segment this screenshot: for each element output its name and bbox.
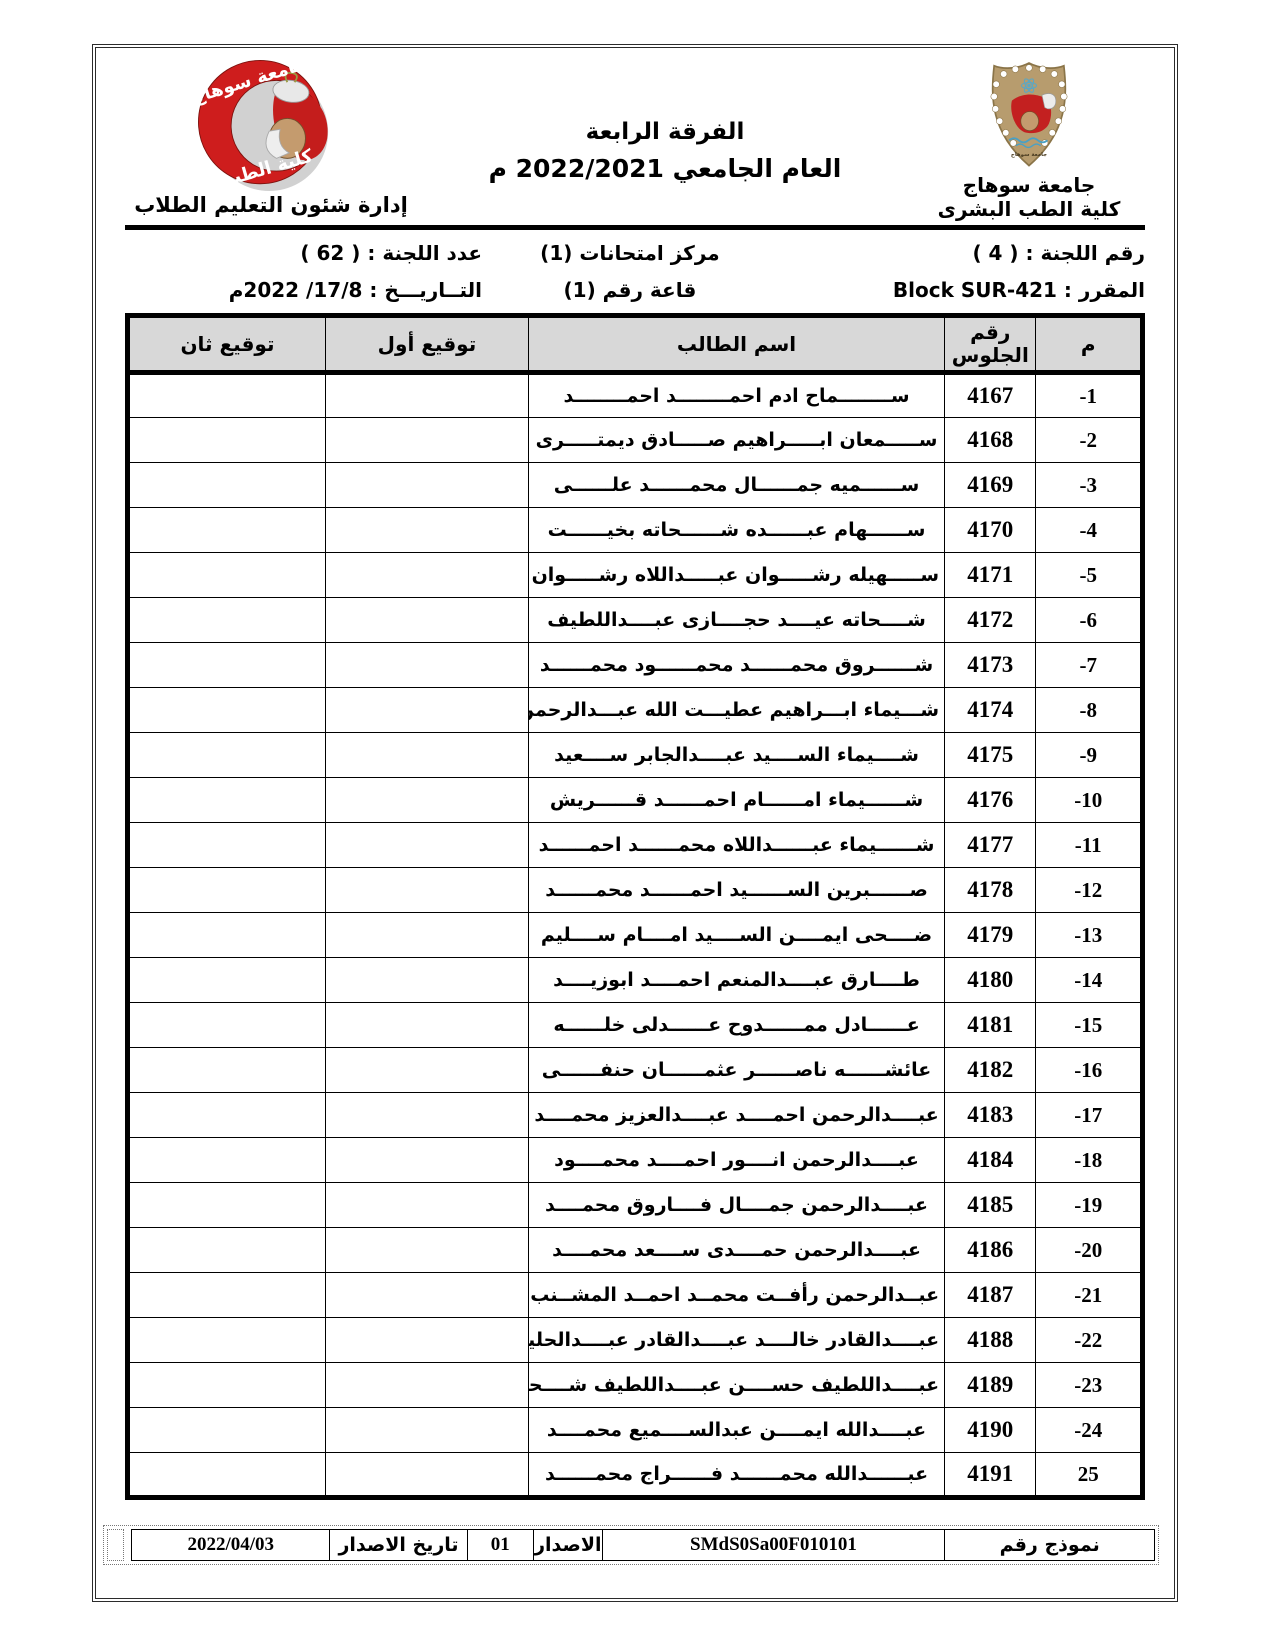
row-serial: -7 — [1036, 643, 1143, 688]
second-signature-cell — [128, 1003, 326, 1048]
first-signature-cell — [325, 913, 528, 958]
row-serial: -3 — [1036, 463, 1143, 508]
page-border-frame: جامعة سوهاج جامعة سوهاج كلية الطب البشرى… — [92, 44, 1178, 1602]
first-signature-cell — [325, 1453, 528, 1498]
first-signature-cell — [325, 643, 528, 688]
row-seat-number: 4172 — [945, 598, 1036, 643]
row-seat-number: 4168 — [945, 418, 1036, 463]
row-serial: 25 — [1036, 1453, 1143, 1498]
table-row: -3 4169 ســــــميه جمــــــال محمــــــد… — [128, 463, 1143, 508]
second-signature-cell — [128, 508, 326, 553]
row-student-name: عــــــادل ممــــــدوح عــــــدلى خلــــ… — [528, 1003, 944, 1048]
table-row: -5 4171 ســـــهيله رشـــــوان عبـــــدال… — [128, 553, 1143, 598]
table-row: -13 4179 ضــــحى ايمــــن الســــيد امــ… — [128, 913, 1143, 958]
row-serial: -2 — [1036, 418, 1143, 463]
row-seat-number: 4180 — [945, 958, 1036, 1003]
table-row: -9 4175 شــــيماء الســــيد عبــــدالجاب… — [128, 733, 1143, 778]
row-student-name: عبــــدالرحمن جمــــال فــــاروق محمــــ… — [528, 1183, 944, 1228]
row-seat-number: 4190 — [945, 1408, 1036, 1453]
version-label: الاصدار — [534, 1530, 603, 1561]
row-seat-number: 4185 — [945, 1183, 1036, 1228]
first-signature-cell — [325, 1183, 528, 1228]
sohag-university-shield-logo: جامعة سوهاج — [972, 61, 1086, 169]
row-serial: -22 — [1036, 1318, 1143, 1363]
table-row: -21 4187 عبــدالرحمن رأفــت محمــد احمــ… — [128, 1273, 1143, 1318]
hall-number: قاعة رقم (1) — [482, 275, 778, 305]
header-serial: م — [1036, 316, 1143, 373]
row-serial: -15 — [1036, 1003, 1143, 1048]
administration-caption: إدارة شئون التعليم الطلاب — [125, 193, 417, 217]
table-row: -18 4184 عبــــدالرحمن انــــور احمــــد… — [128, 1138, 1143, 1183]
row-serial: -12 — [1036, 868, 1143, 913]
second-signature-cell — [128, 868, 326, 913]
row-seat-number: 4177 — [945, 823, 1036, 868]
header-student-name: اسم الطالب — [528, 316, 944, 373]
grade-title: الفرقة الرابعة — [417, 119, 913, 145]
row-seat-number: 4191 — [945, 1453, 1036, 1498]
row-seat-number: 4187 — [945, 1273, 1036, 1318]
course-code: المقرر : Block SUR-421 — [778, 275, 1145, 305]
row-seat-number: 4171 — [945, 553, 1036, 598]
first-signature-cell — [325, 868, 528, 913]
row-serial: -13 — [1036, 913, 1143, 958]
second-signature-cell — [128, 1273, 326, 1318]
second-signature-cell — [128, 418, 326, 463]
version-value: 01 — [467, 1530, 533, 1561]
exam-attendance-sheet: جامعة سوهاج جامعة سوهاج كلية الطب البشرى… — [0, 0, 1275, 1650]
row-student-name: ضــــحى ايمــــن الســــيد امــــام ســـ… — [528, 913, 944, 958]
header-first-signature: توقيع أول — [325, 316, 528, 373]
row-student-name: ســــــهام عبــــــده شــــــحاته بخيـــ… — [528, 508, 944, 553]
first-signature-cell — [325, 508, 528, 553]
first-signature-cell — [325, 373, 528, 418]
pharaoh-figure — [266, 73, 328, 160]
row-seat-number: 4176 — [945, 778, 1036, 823]
header-divider-line — [125, 225, 1145, 230]
table-row: -19 4185 عبــــدالرحمن جمــــال فــــارو… — [128, 1183, 1143, 1228]
table-row: -22 4188 عبــــدالقادر خالــــد عبــــدا… — [128, 1318, 1143, 1363]
shield-inner-text: جامعة سوهاج — [1011, 152, 1047, 158]
row-serial: -20 — [1036, 1228, 1143, 1273]
row-seat-number: 4188 — [945, 1318, 1036, 1363]
row-student-name: صــــــبرين الســــــيد احمــــــد محمــ… — [528, 868, 944, 913]
row-seat-number: 4182 — [945, 1048, 1036, 1093]
second-signature-cell — [128, 553, 326, 598]
row-seat-number: 4183 — [945, 1093, 1036, 1138]
row-student-name: ســــــميه جمــــــال محمــــــد علـــــ… — [528, 463, 944, 508]
row-student-name: ســـــمعان ابـــــراهيم صـــــادق ديمتــ… — [528, 418, 944, 463]
second-signature-cell — [128, 823, 326, 868]
second-signature-cell — [128, 688, 326, 733]
second-signature-cell — [128, 913, 326, 958]
row-serial: -4 — [1036, 508, 1143, 553]
exam-date: التــاريـــخ : 17/8/ 2022م — [125, 275, 482, 305]
second-signature-cell — [128, 598, 326, 643]
footer-empty-box — [107, 1529, 124, 1561]
second-signature-cell — [128, 1453, 326, 1498]
row-student-name: عبــــدالله ايمــــن عبدالســــميع محمــ… — [528, 1408, 944, 1453]
table-row: -2 4168 ســـــمعان ابـــــراهيم صـــــاد… — [128, 418, 1143, 463]
document-header: جامعة سوهاج جامعة سوهاج كلية الطب البشرى… — [125, 55, 1145, 223]
second-signature-cell — [128, 958, 326, 1003]
row-student-name: شــــحاته عيــــد حجــــازى عبــــداللطي… — [528, 598, 944, 643]
table-row: -16 4182 عائشــــــه ناصــــــر عثمـــــ… — [128, 1048, 1143, 1093]
first-signature-cell — [325, 823, 528, 868]
row-student-name: شـــيماء ابـــراهيم عطيـــت الله عبـــدا… — [528, 688, 944, 733]
attendance-table: م رقم الجلوس اسم الطالب توقيع أول توقيع … — [125, 313, 1145, 1500]
row-seat-number: 4175 — [945, 733, 1036, 778]
first-signature-cell — [325, 1408, 528, 1453]
first-signature-cell — [325, 1318, 528, 1363]
row-student-name: عبــــدالقادر خالــــد عبــــدالقادر عبـ… — [528, 1318, 944, 1363]
exam-center: مركز امتحانات (1) — [482, 238, 778, 268]
row-seat-number: 4167 — [945, 373, 1036, 418]
table-row: -24 4190 عبــــدالله ايمــــن عبدالســــ… — [128, 1408, 1143, 1453]
row-serial: -23 — [1036, 1363, 1143, 1408]
row-student-name: عبــــدالرحمن انــــور احمــــد محمــــو… — [528, 1138, 944, 1183]
second-signature-cell — [128, 1138, 326, 1183]
row-serial: -24 — [1036, 1408, 1143, 1453]
second-signature-cell — [128, 463, 326, 508]
first-signature-cell — [325, 1228, 528, 1273]
university-emblem-block: جامعة سوهاج جامعة سوهاج كلية الطب البشرى — [913, 55, 1145, 223]
table-row: -12 4178 صــــــبرين الســــــيد احمــــ… — [128, 868, 1143, 913]
row-serial: -8 — [1036, 688, 1143, 733]
university-name-caption: جامعة سوهاج — [913, 173, 1145, 197]
second-signature-cell — [128, 373, 326, 418]
row-seat-number: 4181 — [945, 1003, 1036, 1048]
row-student-name: عبــــدالرحمن احمــــد عبــــدالعزيز محم… — [528, 1093, 944, 1138]
second-signature-cell — [128, 733, 326, 778]
first-signature-cell — [325, 778, 528, 823]
table-row: -15 4181 عــــــادل ممــــــدوح عــــــد… — [128, 1003, 1143, 1048]
first-signature-cell — [325, 733, 528, 778]
first-signature-cell — [325, 1138, 528, 1183]
table-row: -4 4170 ســــــهام عبــــــده شــــــحات… — [128, 508, 1143, 553]
form-footer: نموذج رقم SMdS0Sa00F010101 الاصدار 01 تا… — [103, 1525, 1159, 1565]
second-signature-cell — [128, 643, 326, 688]
row-seat-number: 4174 — [945, 688, 1036, 733]
row-serial: -19 — [1036, 1183, 1143, 1228]
table-row: -14 4180 طــــارق عبــــدالمنعم احمــــد… — [128, 958, 1143, 1003]
row-seat-number: 4173 — [945, 643, 1036, 688]
table-row: -11 4177 شــــــيماء عبــــــداللاه محمـ… — [128, 823, 1143, 868]
row-serial: -10 — [1036, 778, 1143, 823]
second-signature-cell — [128, 778, 326, 823]
first-signature-cell — [325, 553, 528, 598]
exam-info-block: رقم اللجنة : ( 4 ) مركز امتحانات (1) عدد… — [125, 238, 1145, 305]
row-student-name: عبــدالرحمن رأفــت محمــد احمــد المشــن… — [528, 1273, 944, 1318]
table-row: -7 4173 شــــــروق محمــــــد محمــــــو… — [128, 643, 1143, 688]
row-seat-number: 4189 — [945, 1363, 1036, 1408]
table-row: -17 4183 عبــــدالرحمن احمــــد عبــــدا… — [128, 1093, 1143, 1138]
second-signature-cell — [128, 1318, 326, 1363]
faculty-crescent-block: جامعة سوهاج كلية الطب إدارة شئون التعليم… — [125, 55, 417, 223]
table-row: -8 4174 شـــيماء ابـــراهيم عطيـــت الله… — [128, 688, 1143, 733]
first-signature-cell — [325, 1003, 528, 1048]
row-seat-number: 4186 — [945, 1228, 1036, 1273]
form-code: SMdS0Sa00F010101 — [602, 1530, 945, 1561]
first-signature-cell — [325, 418, 528, 463]
table-row: -6 4172 شــــحاته عيــــد حجــــازى عبــ… — [128, 598, 1143, 643]
page-content: جامعة سوهاج جامعة سوهاج كلية الطب البشرى… — [93, 45, 1177, 1601]
issue-date-value: 2022/04/03 — [132, 1530, 330, 1561]
first-signature-cell — [325, 688, 528, 733]
table-row: 25 4191 عبــــــدالله محمــــــد فــــــ… — [128, 1453, 1143, 1498]
second-signature-cell — [128, 1228, 326, 1273]
row-serial: -5 — [1036, 553, 1143, 598]
row-seat-number: 4178 — [945, 868, 1036, 913]
row-serial: -14 — [1036, 958, 1143, 1003]
table-row: -10 4176 شــــــيماء امــــــام احمـــــ… — [128, 778, 1143, 823]
form-number-label: نموذج رقم — [945, 1530, 1155, 1561]
row-student-name: شــــيماء الســــيد عبــــدالجابر ســــع… — [528, 733, 944, 778]
first-signature-cell — [325, 1363, 528, 1408]
first-signature-cell — [325, 463, 528, 508]
row-serial: -16 — [1036, 1048, 1143, 1093]
faculty-name-caption: كلية الطب البشرى — [913, 197, 1145, 221]
row-student-name: عبــــــدالله محمــــــد فــــــراج محمـ… — [528, 1453, 944, 1498]
row-serial: -18 — [1036, 1138, 1143, 1183]
row-student-name: طــــارق عبــــدالمنعم احمــــد ابوزيـــ… — [528, 958, 944, 1003]
row-serial: -17 — [1036, 1093, 1143, 1138]
committee-count: عدد اللجنة : ( 62 ) — [125, 238, 482, 268]
row-seat-number: 4170 — [945, 508, 1036, 553]
row-serial: -6 — [1036, 598, 1143, 643]
table-row: -20 4186 عبــــدالرحمن حمــــدى ســــعد … — [128, 1228, 1143, 1273]
row-student-name: شــــــيماء امــــــام احمــــــد قـــــ… — [528, 778, 944, 823]
row-student-name: ســـــهيله رشـــــوان عبـــــداللاه رشــ… — [528, 553, 944, 598]
table-header-row: م رقم الجلوس اسم الطالب توقيع أول توقيع … — [128, 316, 1143, 373]
row-serial: -1 — [1036, 373, 1143, 418]
row-student-name: عبــــدالرحمن حمــــدى ســــعد محمــــد — [528, 1228, 944, 1273]
first-signature-cell — [325, 1048, 528, 1093]
second-signature-cell — [128, 1363, 326, 1408]
second-signature-cell — [128, 1183, 326, 1228]
form-footer-table: نموذج رقم SMdS0Sa00F010101 الاصدار 01 تا… — [131, 1529, 1155, 1561]
row-student-name: عائشــــــه ناصــــــر عثمــــــان حنفــ… — [528, 1048, 944, 1093]
header-second-signature: توقيع ثان — [128, 316, 326, 373]
faculty-of-medicine-crescent-logo: جامعة سوهاج كلية الطب — [145, 55, 397, 191]
first-signature-cell — [325, 1093, 528, 1138]
row-student-name: شــــــروق محمــــــد محمــــــود محمـــ… — [528, 643, 944, 688]
second-signature-cell — [128, 1048, 326, 1093]
second-signature-cell — [128, 1093, 326, 1138]
table-row: -23 4189 عبــــداللطيف حســــن عبــــدال… — [128, 1363, 1143, 1408]
row-student-name: ســــــــماح ادم احمــــــــد احمـــــــ… — [528, 373, 944, 418]
committee-number: رقم اللجنة : ( 4 ) — [778, 238, 1145, 268]
row-serial: -21 — [1036, 1273, 1143, 1318]
table-row: -1 4167 ســــــــماح ادم احمــــــــد اح… — [128, 373, 1143, 418]
first-signature-cell — [325, 1273, 528, 1318]
header-seat-number: رقم الجلوس — [945, 316, 1036, 373]
row-serial: -9 — [1036, 733, 1143, 778]
first-signature-cell — [325, 598, 528, 643]
row-serial: -11 — [1036, 823, 1143, 868]
row-seat-number: 4179 — [945, 913, 1036, 958]
first-signature-cell — [325, 958, 528, 1003]
title-block: الفرقة الرابعة العام الجامعي 2022/2021 م — [417, 55, 913, 223]
academic-year-title: العام الجامعي 2022/2021 م — [417, 154, 913, 183]
row-student-name: عبــــداللطيف حســــن عبــــداللطيف شـــ… — [528, 1363, 944, 1408]
row-seat-number: 4169 — [945, 463, 1036, 508]
row-seat-number: 4184 — [945, 1138, 1036, 1183]
row-student-name: شــــــيماء عبــــــداللاه محمــــــد اح… — [528, 823, 944, 868]
issue-date-label: تاريخ الاصدار — [330, 1530, 467, 1561]
second-signature-cell — [128, 1408, 326, 1453]
